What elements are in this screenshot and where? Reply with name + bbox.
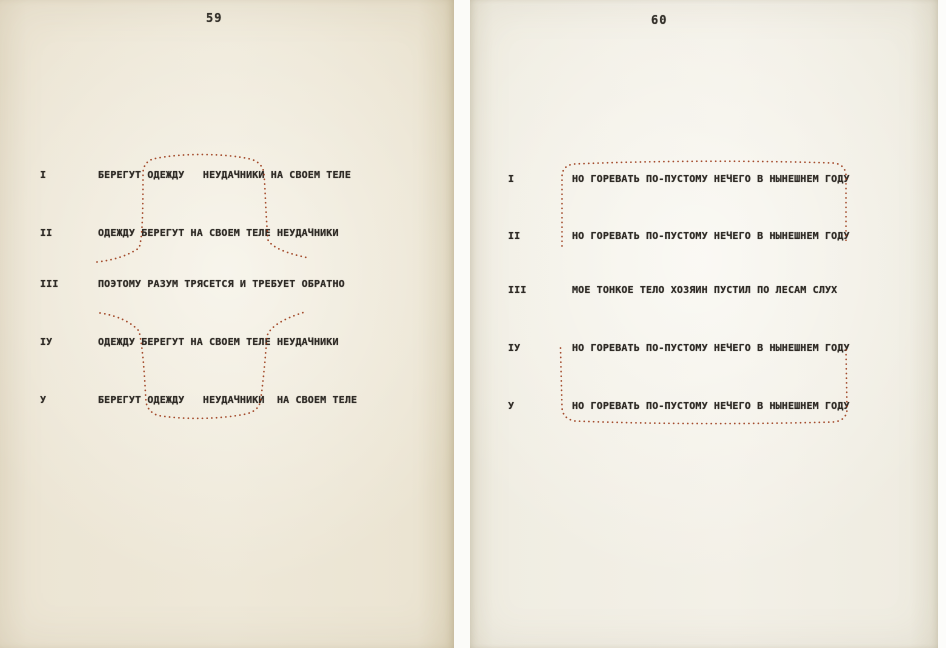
- page-edge-strip: [938, 0, 946, 648]
- scanned-spread: 59 I БЕРЕГУТ ОДЕЖДУ НЕУДАЧНИКИ НА СВОЕМ …: [0, 0, 946, 648]
- verse-line: IУ НО ГОРЕВАТЬ ПО-ПУСТОМУ НЕЧЕГО В НЫНЕШ…: [470, 343, 938, 357]
- page-number: 60: [651, 13, 667, 27]
- verse-line: У НО ГОРЕВАТЬ ПО-ПУСТОМУ НЕЧЕГО В НЫНЕШН…: [470, 401, 938, 415]
- page-59: 59 I БЕРЕГУТ ОДЕЖДУ НЕУДАЧНИКИ НА СВОЕМ …: [0, 0, 454, 648]
- line-text: ОДЕЖДУ БЕРЕГУТ НА СВОЕМ ТЕЛЕ НЕУДАЧНИКИ: [98, 337, 339, 348]
- line-numeral: III: [508, 285, 527, 296]
- line-numeral: II: [40, 228, 52, 239]
- page-60: 60 I НО ГОРЕВАТЬ ПО-ПУСТОМУ НЕЧЕГО В НЫН…: [470, 0, 938, 648]
- line-numeral: У: [40, 395, 46, 406]
- line-text: МОЕ ТОНКОЕ ТЕЛО ХОЗЯИН ПУСТИЛ ПО ЛЕСАМ С…: [572, 285, 837, 296]
- verse-line: У БЕРЕГУТ ОДЕЖДУ НЕУДАЧНИКИ НА СВОЕМ ТЕЛ…: [0, 395, 454, 409]
- line-text: НО ГОРЕВАТЬ ПО-ПУСТОМУ НЕЧЕГО В НЫНЕШНЕМ…: [572, 401, 850, 412]
- line-text: БЕРЕГУТ ОДЕЖДУ НЕУДАЧНИКИ НА СВОЕМ ТЕЛЕ: [98, 170, 351, 181]
- line-numeral: IУ: [508, 343, 520, 354]
- verse-line: III МОЕ ТОНКОЕ ТЕЛО ХОЗЯИН ПУСТИЛ ПО ЛЕС…: [470, 285, 938, 299]
- verse-line: II НО ГОРЕВАТЬ ПО-ПУСТОМУ НЕЧЕГО В НЫНЕШ…: [470, 231, 938, 245]
- line-numeral: I: [40, 170, 46, 181]
- line-text: НО ГОРЕВАТЬ ПО-ПУСТОМУ НЕЧЕГО В НЫНЕШНЕМ…: [572, 343, 850, 354]
- line-numeral: I: [508, 174, 514, 185]
- verse-line: I НО ГОРЕВАТЬ ПО-ПУСТОМУ НЕЧЕГО В НЫНЕШН…: [470, 174, 938, 188]
- line-numeral: IУ: [40, 337, 52, 348]
- verse-line: II ОДЕЖДУ БЕРЕГУТ НА СВОЕМ ТЕЛЕ НЕУДАЧНИ…: [0, 228, 454, 242]
- line-numeral: II: [508, 231, 520, 242]
- line-text: НО ГОРЕВАТЬ ПО-ПУСТОМУ НЕЧЕГО В НЫНЕШНЕМ…: [572, 231, 850, 242]
- verse-line: IУ ОДЕЖДУ БЕРЕГУТ НА СВОЕМ ТЕЛЕ НЕУДАЧНИ…: [0, 337, 454, 351]
- line-text: ОДЕЖДУ БЕРЕГУТ НА СВОЕМ ТЕЛЕ НЕУДАЧНИКИ: [98, 228, 339, 239]
- line-numeral: III: [40, 279, 59, 290]
- page-number: 59: [206, 11, 222, 25]
- line-text: ПОЭТОМУ РАЗУМ ТРЯСЕТСЯ И ТРЕБУЕТ ОБРАТНО: [98, 279, 345, 290]
- line-text: БЕРЕГУТ ОДЕЖДУ НЕУДАЧНИКИ НА СВОЕМ ТЕЛЕ: [98, 395, 357, 406]
- verse-line: III ПОЭТОМУ РАЗУМ ТРЯСЕТСЯ И ТРЕБУЕТ ОБР…: [0, 279, 454, 293]
- line-text: НО ГОРЕВАТЬ ПО-ПУСТОМУ НЕЧЕГО В НЫНЕШНЕМ…: [572, 174, 850, 185]
- verse-line: I БЕРЕГУТ ОДЕЖДУ НЕУДАЧНИКИ НА СВОЕМ ТЕЛ…: [0, 170, 454, 184]
- line-numeral: У: [508, 401, 514, 412]
